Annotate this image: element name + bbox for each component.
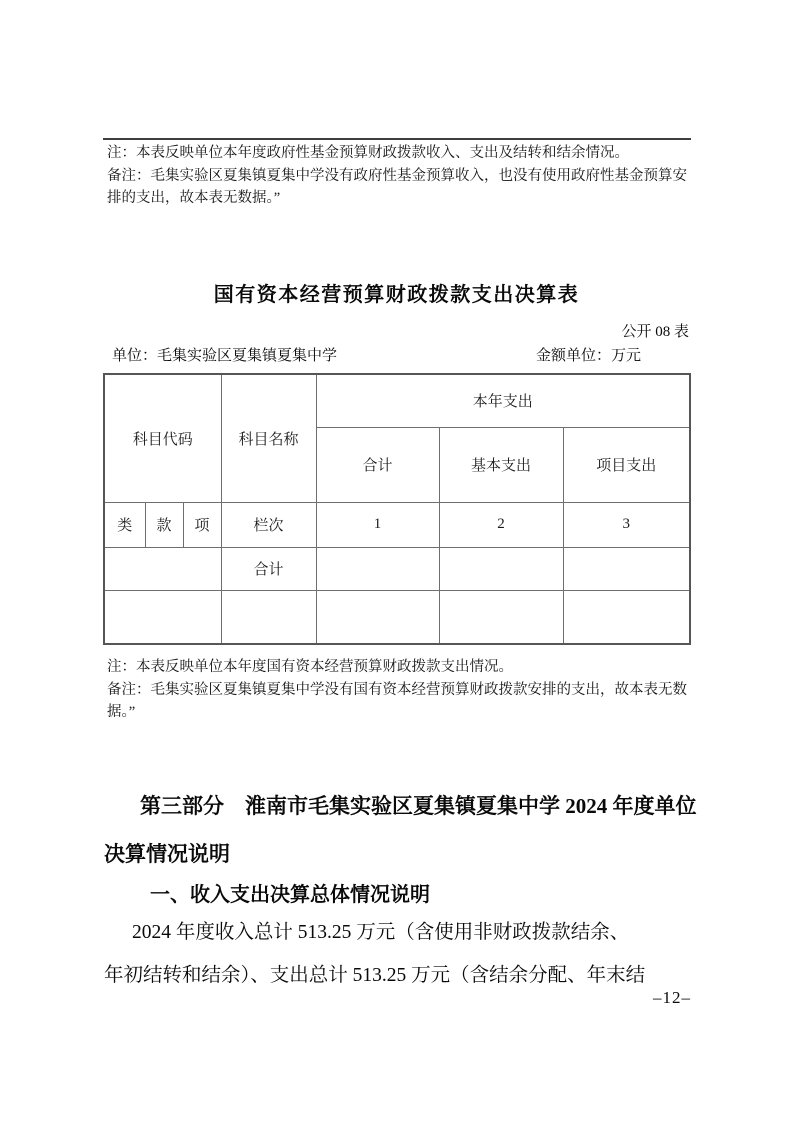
note-line: 注：本表反映单位本年度国有资本经营预算财政拨款支出情况。: [103, 656, 691, 679]
table-title: 国有资本经营预算财政拨款支出决算表: [0, 278, 793, 307]
body-paragraph-line-2: 年初结转和结余）、支出总计 513.25 万元（含结余分配、年末结: [104, 959, 704, 987]
table-code-label: 公开 08 表: [103, 320, 689, 341]
index-section: 款: [145, 502, 183, 547]
unit-label: 单位：毛集实验区夏集镇夏集中学: [112, 348, 337, 364]
header-subject-name: 科目名称: [221, 374, 316, 502]
body-paragraph-line-1: 2024 年度收入总计 513.25 万元（含使用非财政拨款结余、: [104, 916, 704, 944]
header-total: 合计: [316, 427, 439, 502]
total-row-label: 合计: [221, 547, 316, 590]
index-col-1: 1: [316, 502, 439, 547]
table-cell-empty: [563, 590, 690, 644]
remark-line: 排的支出，故本表无数据。”: [103, 187, 691, 210]
remark-line: 备注：毛集实验区夏集镇夏集中学没有国有资本经营预算财政拨款安排的支出，故本表无数: [103, 679, 691, 702]
table-notes: 注：本表反映单位本年度国有资本经营预算财政拨款支出情况。 备注：毛集实验区夏集镇…: [103, 656, 691, 724]
index-col-3: 3: [563, 502, 690, 547]
page-number: –12–: [103, 988, 691, 1008]
amount-unit-label: 金额单位：万元: [536, 344, 641, 365]
note-line: 注：本表反映单位本年度政府性基金预算财政拨款收入、支出及结转和结余情况。: [103, 142, 691, 165]
index-class: 类: [104, 502, 145, 547]
table-cell-empty: [439, 547, 563, 590]
header-subject-code: 科目代码: [104, 374, 221, 502]
index-item: 项: [183, 502, 221, 547]
table-cell-empty: [316, 547, 439, 590]
budget-table: 科目代码 科目名称 本年支出 合计 基本支出 项目支出 类 款 项 栏次 1 2…: [103, 373, 691, 645]
table-cell-empty: [104, 547, 221, 590]
table-total-row: 合计: [104, 547, 690, 590]
header-project-expenditure: 项目支出: [563, 427, 690, 502]
table-cell-empty: [316, 590, 439, 644]
table-cell-empty: [563, 547, 690, 590]
document-page: 注：本表反映单位本年度政府性基金预算财政拨款收入、支出及结转和结余情况。 备注：…: [0, 0, 793, 1122]
section-one-subheading: 一、收入支出决算总体情况说明: [104, 878, 704, 907]
table-cell-empty: [439, 590, 563, 644]
part-three-heading-line-2: 决算情况说明: [104, 838, 704, 868]
table-index-row: 类 款 项 栏次 1 2 3: [104, 502, 690, 547]
header-current-year-expenditure: 本年支出: [316, 374, 690, 427]
header-basic-expenditure: 基本支出: [439, 427, 563, 502]
previous-table-notes: 注：本表反映单位本年度政府性基金预算财政拨款收入、支出及结转和结余情况。 备注：…: [103, 138, 691, 210]
table-cell-empty: [221, 590, 316, 644]
part-three-heading-line-1: 第三部分 淮南市毛集实验区夏集镇夏集中学 2024 年度单位: [104, 790, 704, 820]
table-cell-empty: [104, 590, 221, 644]
table-empty-row: [104, 590, 690, 644]
table-header-row-1: 科目代码 科目名称 本年支出: [104, 374, 690, 427]
index-col-2: 2: [439, 502, 563, 547]
table-meta-row: 单位：毛集实验区夏集镇夏集中学 金额单位：万元: [103, 344, 691, 365]
remark-line: 据。”: [103, 701, 691, 724]
remark-line: 备注：毛集实验区夏集镇夏集中学没有政府性基金预算收入，也没有使用政府性基金预算安: [103, 165, 691, 188]
index-label: 栏次: [221, 502, 316, 547]
